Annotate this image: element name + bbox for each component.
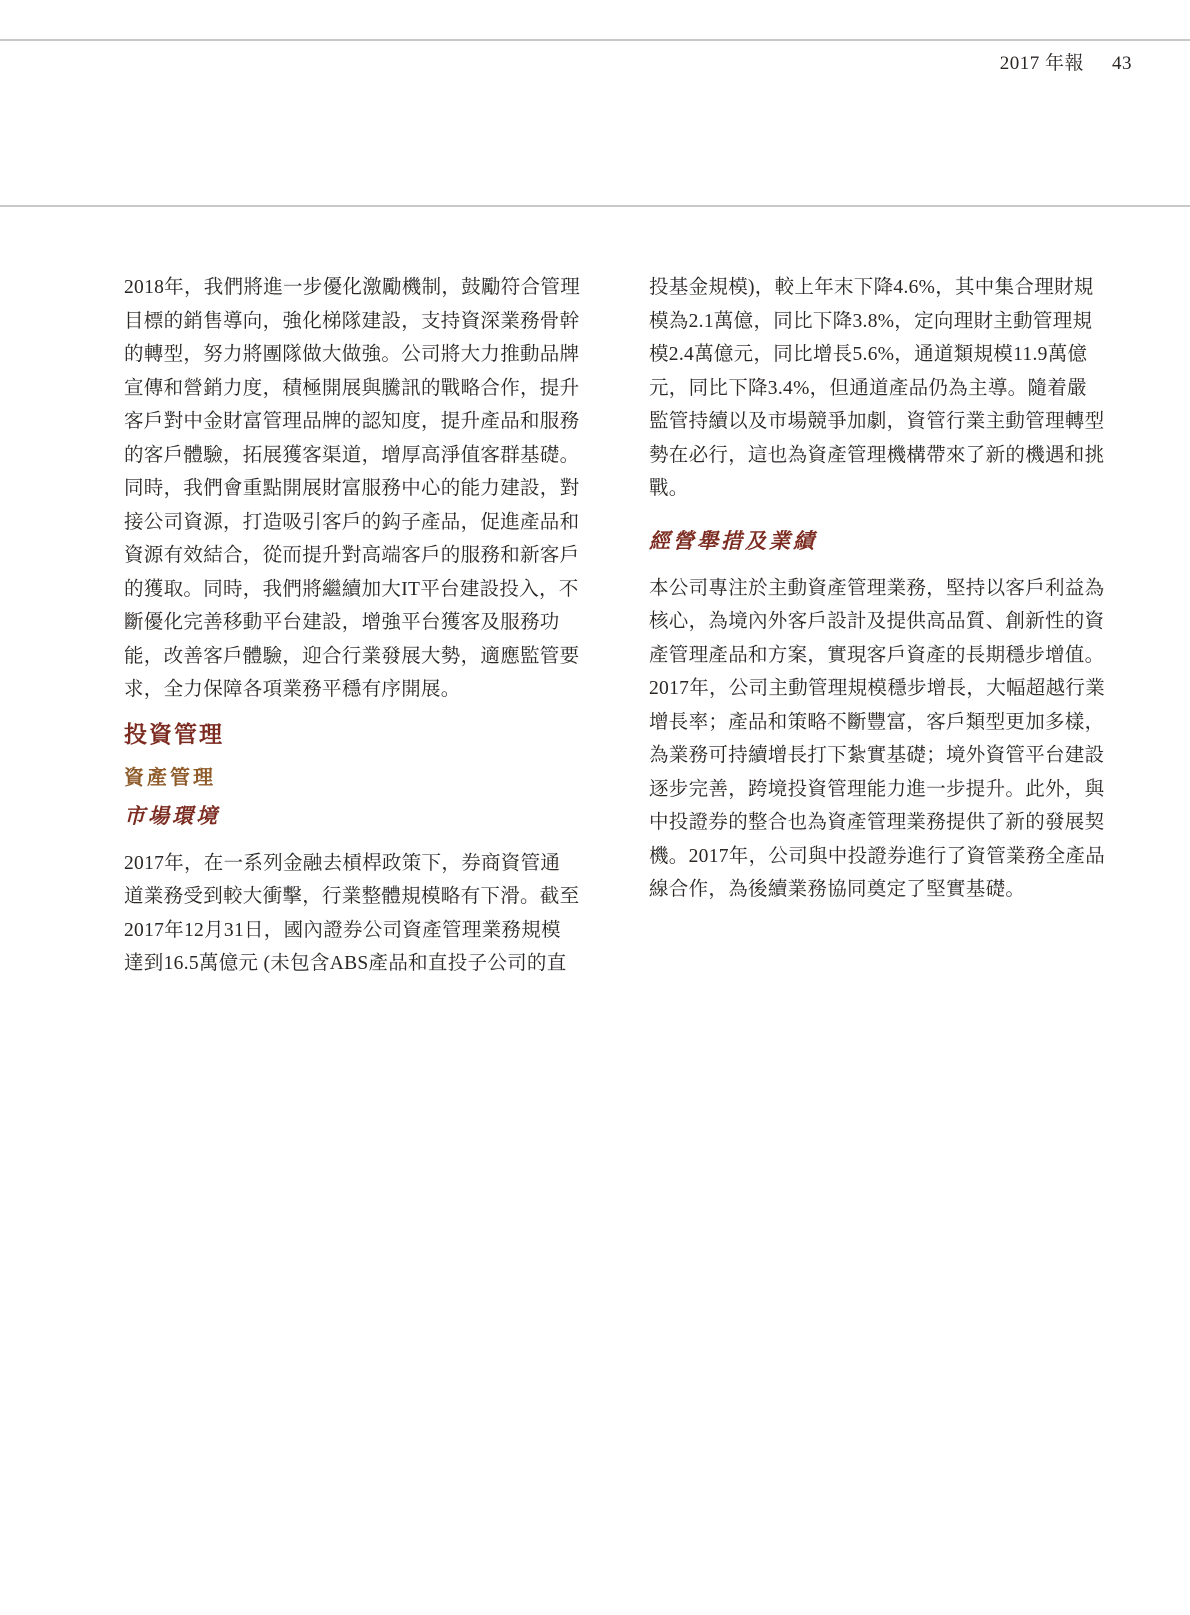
paragraph-2018-outlook: 2018年，我們將進一步優化激勵機制，鼓勵符合管理 目標的銷售導向，強化梯隊建設… <box>124 271 592 707</box>
header-top-rule <box>0 39 1190 41</box>
left-column: 2018年，我們將進一步優化激勵機制，鼓勵符合管理 目標的銷售導向，強化梯隊建設… <box>124 271 592 981</box>
paragraph-market-environment: 2017年，在一系列金融去槓桿政策下，券商資管通 道業務受到較大衝擊，行業整體規… <box>124 847 592 981</box>
paragraph-market-environment-continued: 投基金規模)，較上年末下降4.6%，其中集合理財規 模為2.1萬億，同比下降3.… <box>649 271 1117 506</box>
header-bottom-rule <box>0 205 1190 207</box>
report-page: 2017 年報43 2018年，我們將進一步優化激勵機制，鼓勵符合管理 目標的銷… <box>0 0 1190 1615</box>
right-column: 投基金規模)，較上年末下降4.6%，其中集合理財規 模為2.1萬億，同比下降3.… <box>649 271 1117 907</box>
paragraph-operations-and-results: 本公司專注於主動資產管理業務，堅持以客戶利益為 核心，為境內外客戶設計及提供高品… <box>649 572 1117 907</box>
page-header: 2017 年報43 <box>1000 48 1132 75</box>
page-number: 43 <box>1112 53 1132 75</box>
section-heading-investment-management: 投資管理 <box>124 721 592 749</box>
subheading-market-environment: 市場環境 <box>124 803 592 830</box>
report-title: 2017 年報 <box>1000 53 1084 74</box>
subsection-heading-asset-management: 資產管理 <box>124 765 592 791</box>
subheading-operations-and-results: 經營舉措及業績 <box>649 528 1117 555</box>
